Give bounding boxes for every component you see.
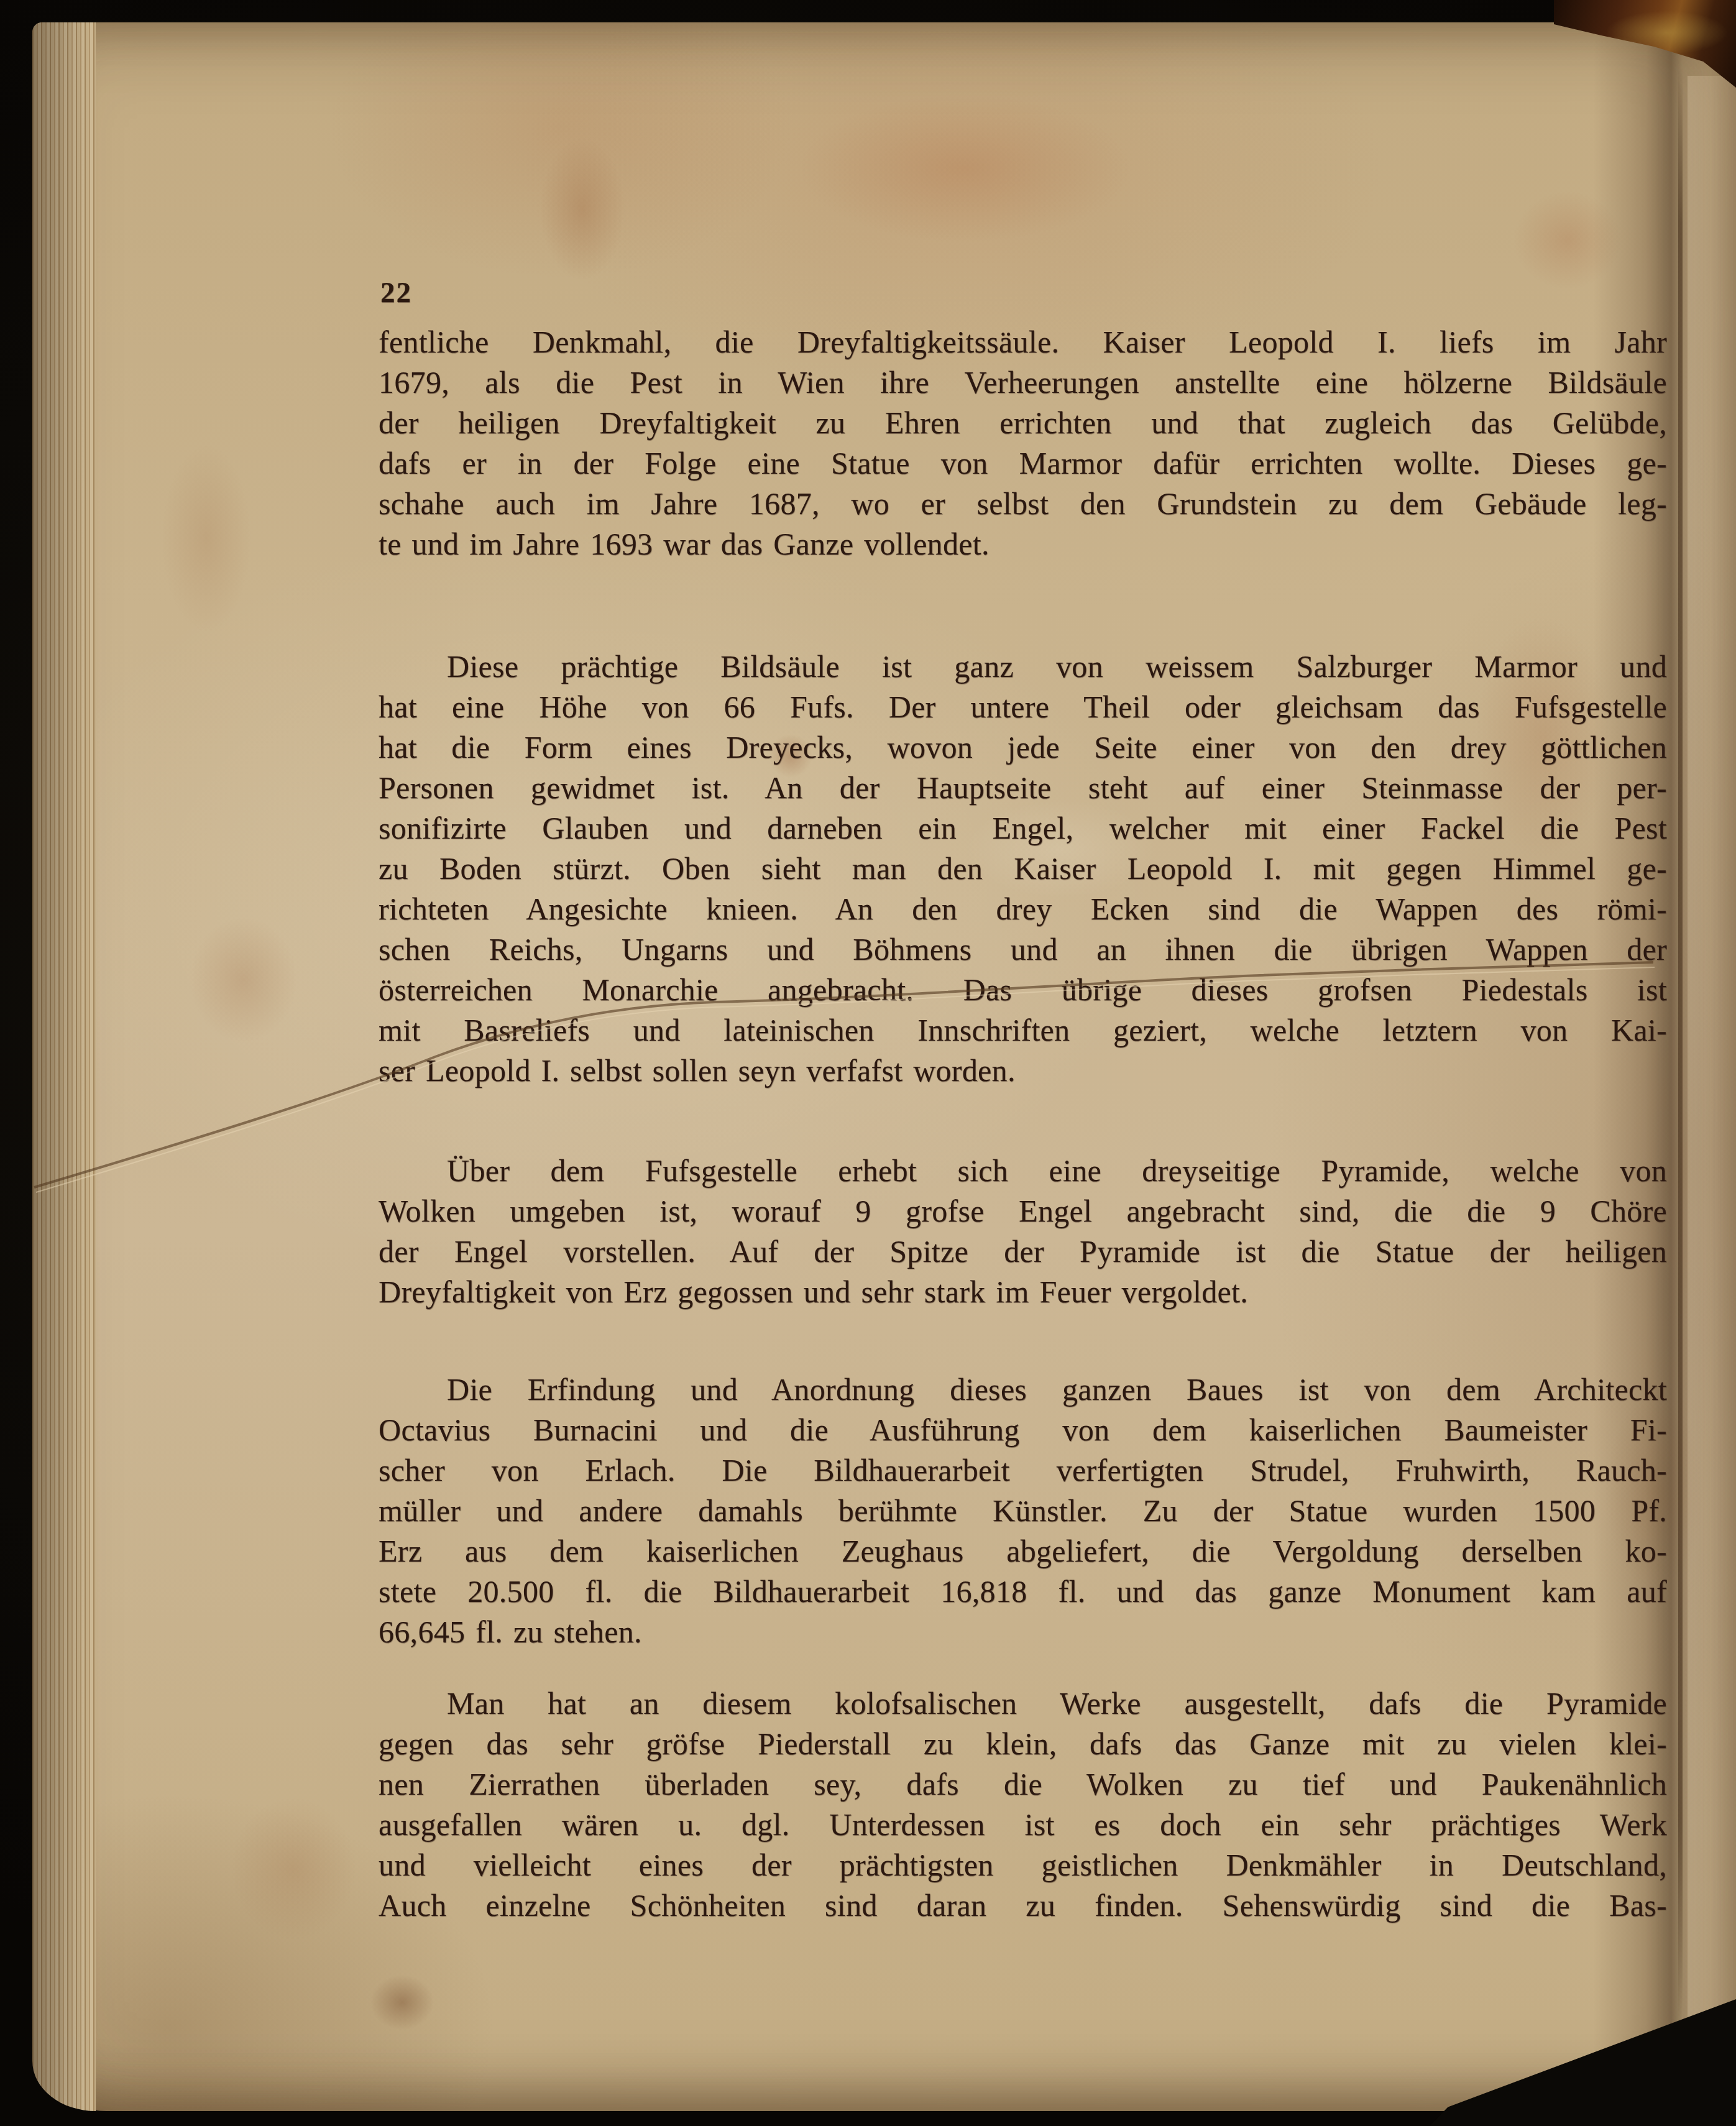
- paragraph: Die Erfindung und Anordnung dieses ganze…: [379, 1369, 1667, 1652]
- paper-stain: [144, 408, 269, 669]
- gutter-crease: [1678, 66, 1683, 2018]
- text-line: 1679, als die Pest in Wien ihre Verheeru…: [379, 362, 1667, 403]
- text-line: Octavius Burnacini und die Ausführung vo…: [379, 1410, 1667, 1450]
- text-line: schen Reichs, Ungarns und Böhmens und an…: [379, 929, 1667, 970]
- page-number: 22: [380, 276, 412, 310]
- paper-stain: [356, 1962, 449, 2043]
- paper-stain: [523, 109, 641, 308]
- text-line: Personen gewidmet ist. An der Hauptseite…: [379, 768, 1667, 808]
- paragraph: Man hat an diesem kolofsalischen Werke a…: [379, 1683, 1667, 1926]
- text-line: müller und andere damahls berühmte Künst…: [379, 1491, 1667, 1531]
- text-line: Diese prächtige Bildsäule ist ganz von w…: [379, 647, 1667, 687]
- text-line: stete 20.500 fl. die Bildhauerarbeit 16,…: [379, 1571, 1667, 1612]
- text-line: der Engel vorstellen. Auf der Spitze der…: [379, 1231, 1667, 1272]
- scan-background: 22 fentliche Denkmahl, die Dreyfaltigkei…: [0, 0, 1736, 2126]
- text-line: ser Leopold I. selbst sollen seyn verfaf…: [379, 1051, 1667, 1091]
- text-line: Über dem Fufsgestelle erhebt sich eine d…: [379, 1151, 1667, 1191]
- text-line: fentliche Denkmahl, die Dreyfaltigkeitss…: [379, 322, 1667, 362]
- text-line: und vielleicht eines der prächtigsten ge…: [379, 1845, 1667, 1885]
- text-line: dafs er in der Folge eine Statue von Mar…: [379, 443, 1667, 484]
- text-line: österreichen Monarchie angebracht. Das ü…: [379, 970, 1667, 1010]
- text-line: ausgefallen wären u. dgl. Unterdessen is…: [379, 1805, 1667, 1845]
- text-line: Die Erfindung und Anordnung dieses ganze…: [379, 1369, 1667, 1410]
- paragraph: Diese prächtige Bildsäule ist ganz von w…: [379, 647, 1667, 1091]
- text-line: Man hat an diesem kolofsalischen Werke a…: [379, 1683, 1667, 1724]
- text-line: scher von Erlach. Die Bildhauerarbeit ve…: [379, 1450, 1667, 1491]
- paper-stain: [169, 893, 318, 1067]
- text-line: zu Boden stürzt. Oben sieht man den Kais…: [379, 849, 1667, 889]
- text-line: nen Zierrathen überladen sey, dafs die W…: [379, 1764, 1667, 1805]
- text-line: mit Basreliefs und lateinischen Innschri…: [379, 1010, 1667, 1051]
- book-page: 22 fentliche Denkmahl, die Dreyfaltigkei…: [32, 22, 1736, 2111]
- paragraph: fentliche Denkmahl, die Dreyfaltigkeitss…: [379, 322, 1667, 564]
- text-line: sonifizirte Glauben und darneben ein Eng…: [379, 808, 1667, 849]
- text-block: fentliche Denkmahl, die Dreyfaltigkeitss…: [379, 322, 1667, 1926]
- text-line: schahe auch im Jahre 1687, wo er selbst …: [379, 484, 1667, 524]
- text-line: 66,645 fl. zu stehen.: [379, 1612, 1667, 1652]
- text-line: Dreyfaltigkeit von Erz gegossen und sehr…: [379, 1272, 1667, 1312]
- text-line: Auch einzelne Schönheiten sind daran zu …: [379, 1885, 1667, 1926]
- paragraphs-container: fentliche Denkmahl, die Dreyfaltigkeitss…: [379, 322, 1667, 1926]
- page-edge-stack: [32, 22, 96, 2111]
- text-line: der heiligen Dreyfaltigkeit zu Ehren err…: [379, 403, 1667, 443]
- text-line: te und im Jahre 1693 war das Ganze volle…: [379, 524, 1667, 564]
- text-line: hat die Form eines Dreyecks, wovon jede …: [379, 727, 1667, 768]
- text-line: hat eine Höhe von 66 Fufs. Der untere Th…: [379, 687, 1667, 727]
- text-line: gegen das sehr gröfse Piederstall zu kle…: [379, 1724, 1667, 1764]
- text-line: Erz aus dem kaiserlichen Zeughaus abgeli…: [379, 1531, 1667, 1571]
- text-line: Wolken umgeben ist, worauf 9 grofse Enge…: [379, 1191, 1667, 1231]
- text-line: richteten Angesichte knieen. An den drey…: [379, 889, 1667, 929]
- facing-page-edge: [1688, 76, 1736, 2018]
- paper-stain: [206, 1769, 380, 1968]
- paper-stain: [735, 66, 1195, 271]
- paragraph: Über dem Fufsgestelle erhebt sich eine d…: [379, 1151, 1667, 1312]
